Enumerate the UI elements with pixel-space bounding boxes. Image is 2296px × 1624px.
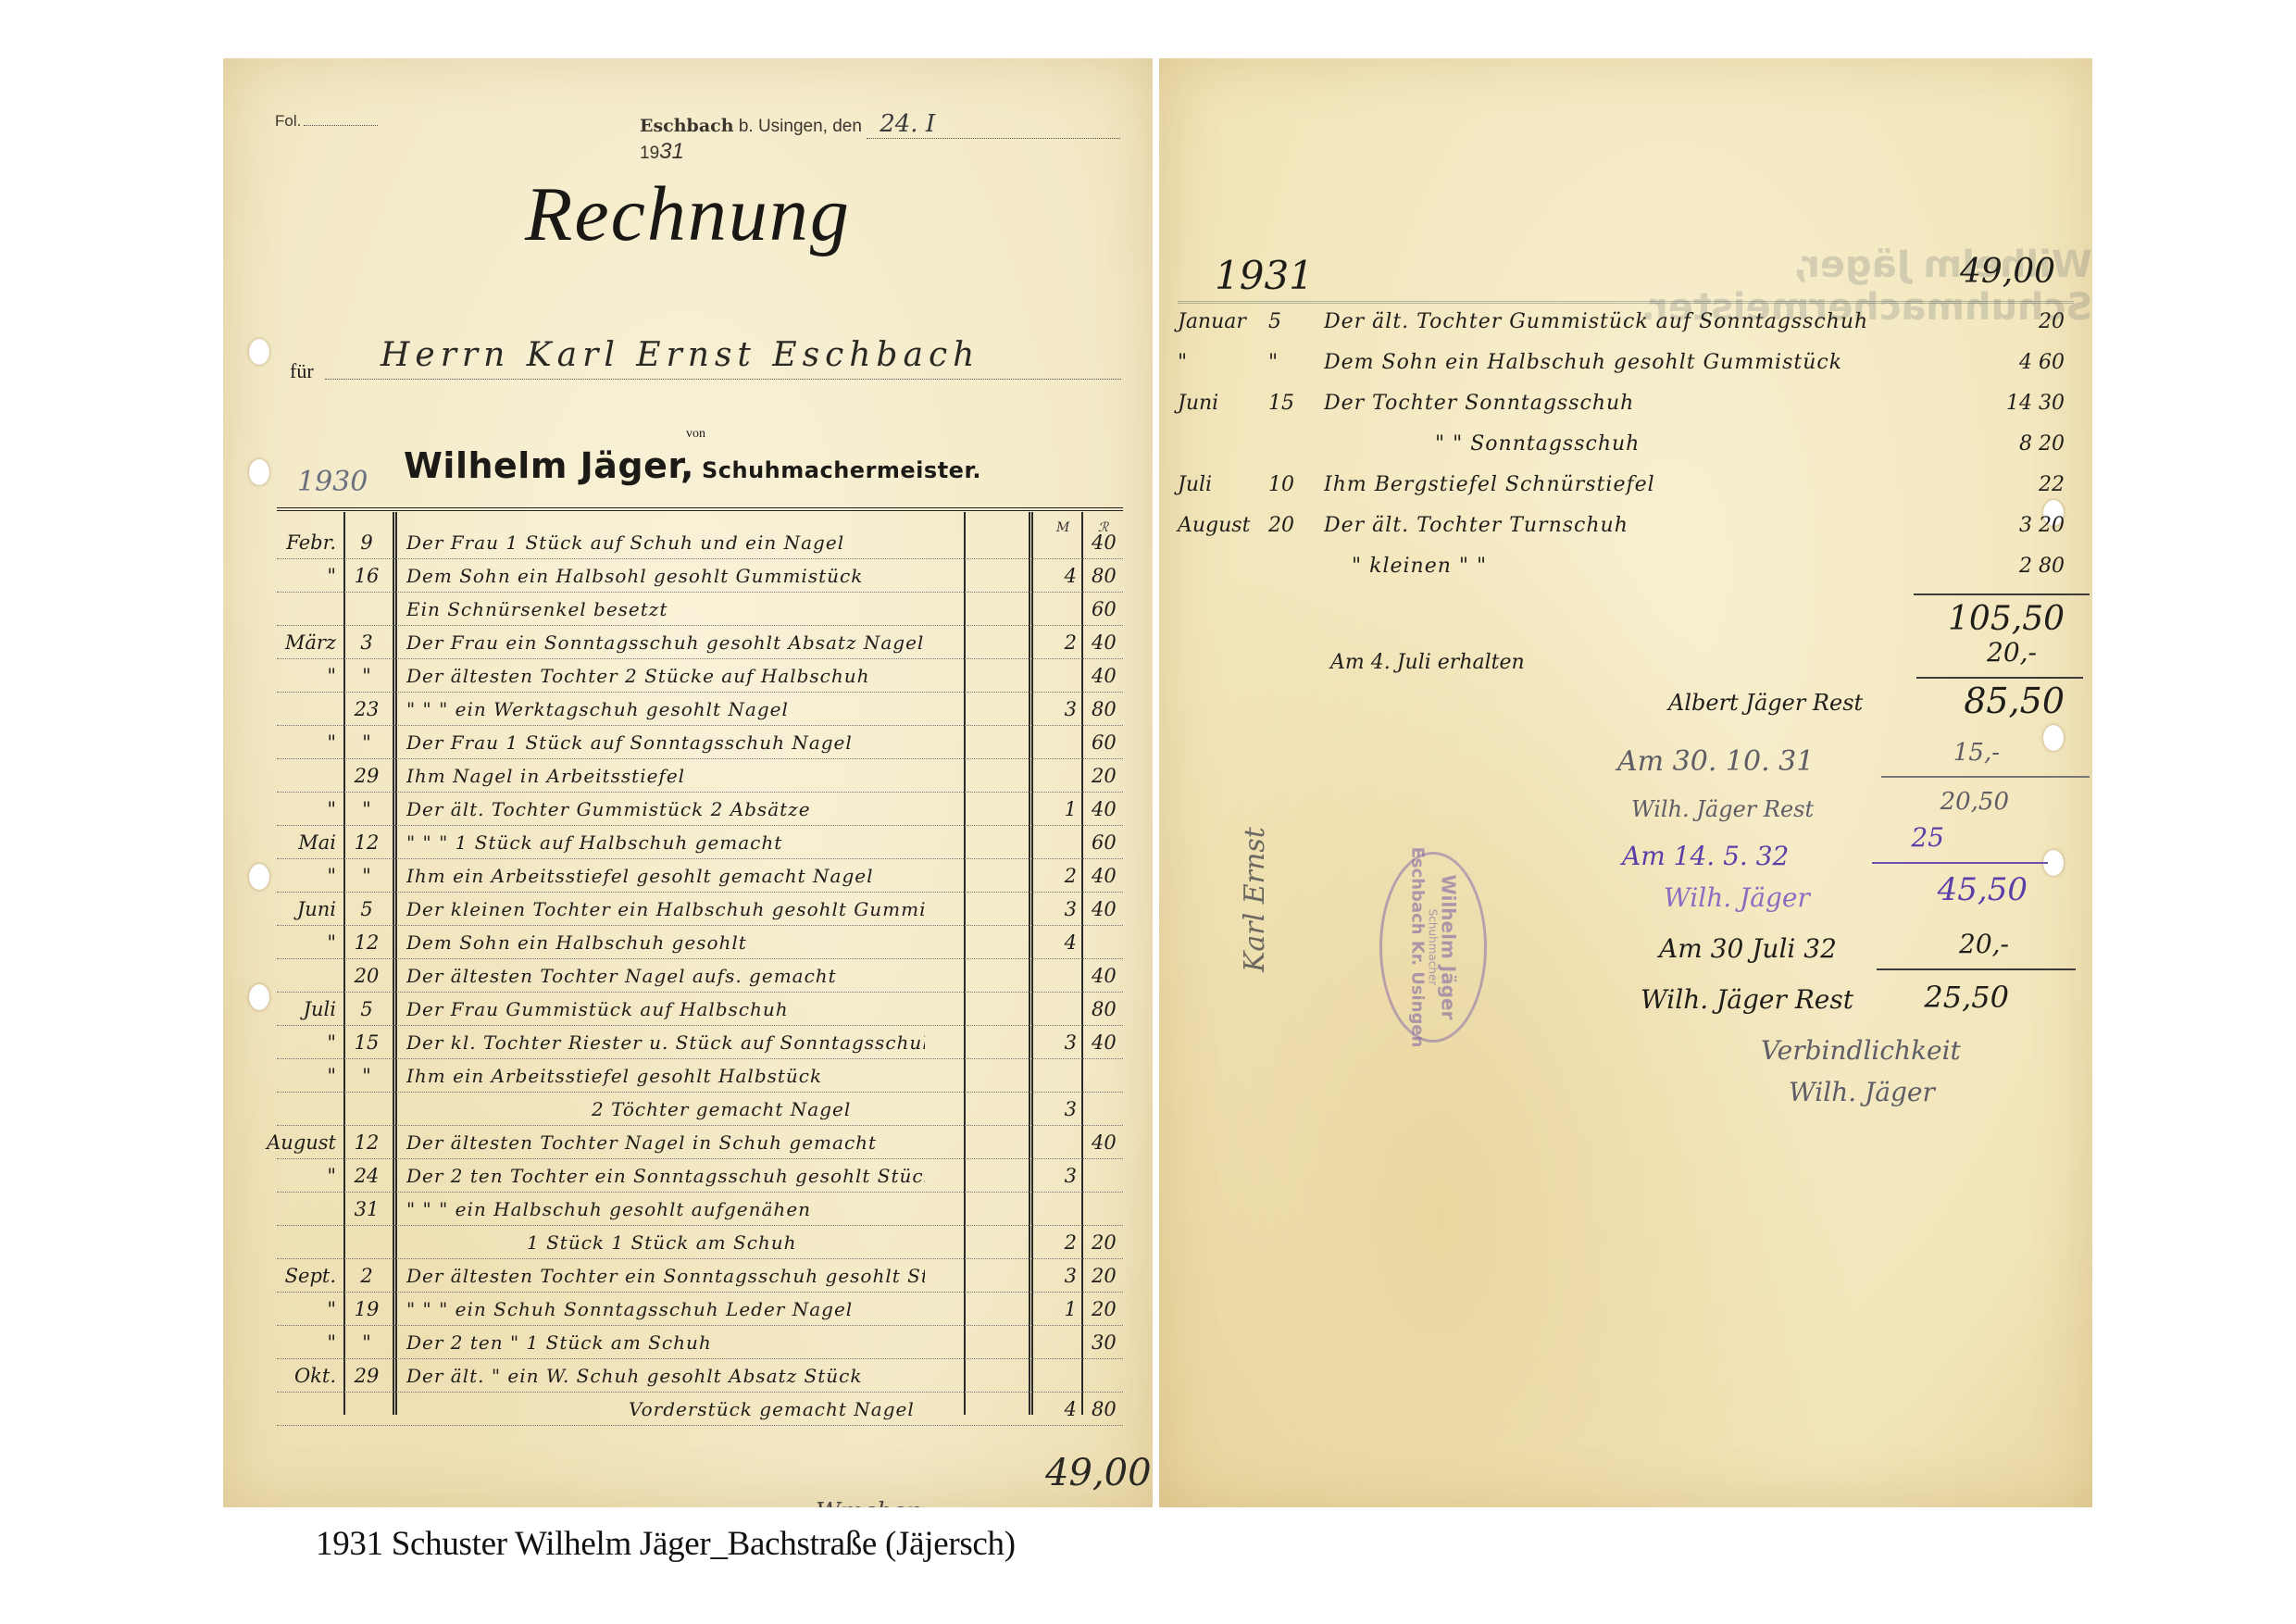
row-description: Der ältesten Tochter ein Sonntagsschuh g… xyxy=(406,1265,925,1287)
row-day: 12 xyxy=(348,931,385,954)
later-entry-amount: 15,- xyxy=(1953,739,2000,767)
row-day: " xyxy=(348,1331,385,1354)
row-mark: 1 xyxy=(1045,798,1077,820)
row-description: Ein Schnürsenkel besetzt xyxy=(406,598,925,620)
ledger-row: Vorderstück gemacht Nagel480 xyxy=(260,1394,1123,1428)
image-caption: 1931 Schuster Wilhelm Jäger_Bachstraße (… xyxy=(316,1524,1016,1564)
firm-trade: Schuhmachermeister. xyxy=(702,457,981,483)
row-month: Mai xyxy=(260,831,336,854)
row-day: 9 xyxy=(348,531,385,554)
row-mark: 4 xyxy=(1045,1398,1077,1420)
invoice-front-page: Fol. Eschbach b. Usingen, den 24. I1931 … xyxy=(223,58,1153,1507)
row-amount: 3 20 xyxy=(1963,514,2065,537)
later-entry-text: Am 30. 10. 31 xyxy=(1617,745,1814,778)
ledger-row: Juni15Der Tochter Sonntagsschuh14 30 xyxy=(1159,392,2092,432)
row-day: 31 xyxy=(348,1198,385,1220)
later-entry-text: Wilh. Jäger Rest xyxy=(1631,796,1814,822)
row-month: " xyxy=(260,665,336,687)
row-description: Ihm ein Arbeitsstiefel gesohlt Halbstück xyxy=(406,1065,925,1087)
row-pfennig: 80 xyxy=(1092,998,1129,1020)
ledger-row: ""Ihm ein Arbeitsstiefel gesohlt gemacht… xyxy=(260,861,1123,894)
ledger-top-rule xyxy=(277,507,1123,514)
row-month: " xyxy=(260,1298,336,1320)
row-amount: 4 60 xyxy=(1963,351,2065,374)
row-mark: 3 xyxy=(1045,898,1077,920)
row-mark: 3 xyxy=(1045,1265,1077,1287)
ledger-row: 20Der ältesten Tochter Nagel aufs. gemac… xyxy=(260,961,1123,994)
row-day: 5 xyxy=(1268,310,1305,333)
recipient-handwritten: Herrn Karl Ernst Eschbach xyxy=(381,336,980,374)
later-entry-text: Wilh. Jäger Rest xyxy=(1641,984,1853,1015)
row-description: " " " ein Halbschuh gesohlt aufgenähen xyxy=(406,1198,925,1220)
later-entry-amount: 25,50 xyxy=(1924,980,2009,1015)
row-pfennig: 60 xyxy=(1092,598,1129,620)
row-day: 5 xyxy=(348,898,385,920)
ledger-row: "16Dem Sohn ein Halbsohl gesohlt Gummist… xyxy=(260,561,1123,594)
row-day: " xyxy=(348,665,385,687)
row-description: Der ältesten Tochter 2 Stücke auf Halbsc… xyxy=(406,665,925,687)
ledger-row: ""Der Frau 1 Stück auf Sonntagsschuh Nag… xyxy=(260,728,1123,761)
row-pfennig: 40 xyxy=(1092,631,1129,654)
row-month: " xyxy=(260,1331,336,1354)
row-pfennig: 40 xyxy=(1092,665,1129,687)
row-description: Der ältesten Tochter Nagel aufs. gemacht xyxy=(406,965,925,987)
receipt-signature: Wmcher xyxy=(816,1498,918,1507)
row-pfennig: 20 xyxy=(1092,1298,1129,1320)
row-description: 2 Töchter gemacht Nagel xyxy=(406,1098,1110,1120)
row-month: August xyxy=(1178,514,1266,537)
row-mark: 1 xyxy=(1045,1298,1077,1320)
folio-label: Fol. xyxy=(275,112,301,130)
ledger-row: 31" " " ein Halbschuh gesohlt aufgenähen xyxy=(260,1194,1123,1228)
punch-hole xyxy=(249,339,269,365)
row-mark: 3 xyxy=(1045,698,1077,720)
row-day: 29 xyxy=(348,1365,385,1387)
row-month: Sept. xyxy=(260,1265,336,1287)
row-description: Der 2 ten " 1 Stück am Schuh xyxy=(406,1331,925,1354)
row-amount: 14 30 xyxy=(1963,392,2065,415)
row-month: " xyxy=(1178,351,1266,374)
row-description: Der 2 ten Tochter ein Sonntagsschuh geso… xyxy=(406,1165,925,1187)
row-description: Der ält. Tochter Gummistück 2 Absätze xyxy=(406,798,925,820)
row-month: " xyxy=(260,565,336,587)
row-description: Der Frau 1 Stück auf Sonntagsschuh Nagel xyxy=(406,731,925,754)
row-pfennig: 60 xyxy=(1092,731,1129,754)
later-entry-amount: 20,50 xyxy=(1940,788,2009,816)
row-day: 3 xyxy=(348,631,385,654)
row-description: " kleinen " " xyxy=(1324,555,1944,578)
firm-heading: Wilhelm Jäger,Schuhmachermeister. xyxy=(404,445,981,486)
row-pfennig: 30 xyxy=(1092,1331,1129,1354)
row-pfennig: 80 xyxy=(1092,698,1129,720)
balance-label: Albert Jäger Rest xyxy=(1668,690,1863,716)
row-pfennig: 40 xyxy=(1092,1031,1129,1054)
row-month: " xyxy=(260,1065,336,1087)
recipient-label: für xyxy=(290,359,314,383)
ledger-row: Ein Schnürsenkel besetzt60 xyxy=(260,594,1123,628)
row-description: 1 Stück 1 Stück am Schuh xyxy=(406,1231,1045,1254)
payment-amount: 20,- xyxy=(1987,637,2037,668)
ledger-row: ""Ihm ein Arbeitsstiefel gesohlt Halbstü… xyxy=(260,1061,1123,1094)
row-description: Dem Sohn ein Halbsohl gesohlt Gummistück xyxy=(406,565,925,587)
row-description: Ihm Nagel in Arbeitsstiefel xyxy=(406,765,925,787)
ledger-row: Okt.29Der ält. " ein W. Schuh gesohlt Ab… xyxy=(260,1361,1123,1394)
row-description: Der ält. Tochter Gummistück auf Sonntags… xyxy=(1324,310,1916,333)
row-description: Der Frau 1 Stück auf Schuh und ein Nagel xyxy=(406,531,925,554)
entry-rule xyxy=(1872,862,2048,864)
punch-hole xyxy=(249,459,269,485)
row-description: Ihm Bergstiefel Schnürstiefel xyxy=(1324,473,1916,496)
row-description: Der kl. Tochter Riester u. Stück auf Son… xyxy=(406,1031,925,1054)
stamp-line1: Wilhelm Jäger xyxy=(1437,875,1459,1020)
row-amount: 20 xyxy=(1963,310,2065,333)
row-day: " xyxy=(348,865,385,887)
invoice-back-page: Wilhelm Jäger, Schuhmachermeister. 1931 … xyxy=(1159,58,2092,1507)
ledger-table: M ℛ Febr.9Der Frau 1 Stück auf Schuh und… xyxy=(260,507,1123,1415)
ledger-row: Febr.9Der Frau 1 Stück auf Schuh und ein… xyxy=(260,528,1123,561)
ledger-row: Juni5Der kleinen Tochter ein Halbschuh g… xyxy=(260,894,1123,928)
carry-over-amount: 49,00 xyxy=(1960,253,2055,291)
row-day: 10 xyxy=(1268,473,1305,496)
payment-note: Am 4. Juli erhalten xyxy=(1330,651,1525,674)
stamp-line3: Eschbach Kr. Usingen xyxy=(1408,847,1427,1048)
row-amount: 22 xyxy=(1963,473,2065,496)
punch-hole xyxy=(2043,725,2064,751)
ledger-row: 2 Töchter gemacht Nagel3 xyxy=(260,1094,1123,1128)
side-signature: Karl Ernst xyxy=(1239,827,1271,972)
row-day: 20 xyxy=(348,965,385,987)
row-day: 29 xyxy=(348,765,385,787)
ledger-row: "19" " " ein Schuh Sonntagsschuh Leder N… xyxy=(260,1294,1123,1328)
ledger-row: August12Der ältesten Tochter Nagel in Sc… xyxy=(260,1128,1123,1161)
ledger-row: 23" " " ein Werktagschuh gesohlt Nagel38… xyxy=(260,694,1123,728)
place-name: Eschbach xyxy=(640,116,734,136)
row-mark: 4 xyxy=(1045,931,1077,954)
row-pfennig: 80 xyxy=(1092,565,1129,587)
stamp-text: Wilhelm Jäger Schuhmacher Eschbach Kr. U… xyxy=(1408,847,1459,1048)
row-mark: 2 xyxy=(1045,865,1077,887)
row-pfennig: 40 xyxy=(1092,798,1129,820)
row-pfennig: 40 xyxy=(1092,1131,1129,1154)
row-day: 5 xyxy=(348,998,385,1020)
ledger-row: März3Der Frau ein Sonntagsschuh gesohlt … xyxy=(260,628,1123,661)
row-description: Der Frau ein Sonntagsschuh gesohlt Absat… xyxy=(406,631,925,654)
row-description: " " " 1 Stück auf Halbschuh gemacht xyxy=(406,831,925,854)
ledger-row: Mai12" " " 1 Stück auf Halbschuh gemacht… xyxy=(260,828,1123,861)
row-amount: 8 20 xyxy=(1963,432,2065,456)
row-day: " xyxy=(348,731,385,754)
ledger-row: ""Der ältesten Tochter 2 Stücke auf Halb… xyxy=(260,661,1123,694)
row-month: März xyxy=(260,631,336,654)
row-month: " xyxy=(260,1165,336,1187)
row-pfennig: 20 xyxy=(1092,765,1129,787)
row-pfennig: 40 xyxy=(1092,531,1129,554)
row-day: 23 xyxy=(348,698,385,720)
row-day: " xyxy=(348,798,385,820)
row-month: " xyxy=(260,798,336,820)
row-pfennig: 80 xyxy=(1092,1398,1129,1420)
row-day: 19 xyxy=(348,1298,385,1320)
row-description: " " " ein Werktagschuh gesohlt Nagel xyxy=(406,698,925,720)
row-description: Der ält. Tochter Turnschuh xyxy=(1324,514,1916,537)
ledger-row: "12Dem Sohn ein Halbschuh gesohlt4 xyxy=(260,928,1123,961)
ledger-row: 1 Stück 1 Stück am Schuh220 xyxy=(260,1228,1123,1261)
subtotal-amount: 105,50 xyxy=(1948,600,2065,638)
row-month: Juli xyxy=(1178,473,1266,496)
ledger-row: " kleinen " "2 80 xyxy=(1159,555,2092,595)
later-entry-text: Wilh. Jäger xyxy=(1664,882,1810,913)
ledger-row: ""Der 2 ten " 1 Stück am Schuh30 xyxy=(260,1328,1123,1361)
row-day: 15 xyxy=(348,1031,385,1054)
closing-signature: Wilh. Jäger xyxy=(1789,1077,1935,1107)
row-month: Febr. xyxy=(260,531,336,554)
ledger-top-rule xyxy=(1178,301,2074,304)
row-month: " xyxy=(260,865,336,887)
row-mark: 3 xyxy=(1045,1098,1077,1120)
balance-amount: 85,50 xyxy=(1964,681,2065,721)
later-entry-text: Am 30 Juli 32 xyxy=(1659,933,1837,964)
row-pfennig: 40 xyxy=(1092,865,1129,887)
row-description: Dem Sohn ein Halbschuh gesohlt Gummistüc… xyxy=(1324,351,1916,374)
place-date-line: Eschbach b. Usingen, den 24. I1931 xyxy=(640,110,1153,165)
row-month: August xyxy=(260,1131,336,1154)
entry-rule xyxy=(1881,776,2090,778)
folio-line xyxy=(304,125,378,126)
row-month: Okt. xyxy=(260,1365,336,1387)
ledger-row: 29Ihm Nagel in Arbeitsstiefel20 xyxy=(260,761,1123,794)
row-description: " " Sonntagsschuh xyxy=(1324,432,2028,456)
place-rest: b. Usingen, den xyxy=(734,117,862,136)
later-entry-text: Am 14. 5. 32 xyxy=(1622,841,1789,871)
date-handwritten: 24. I xyxy=(867,110,1120,139)
invoice-total: 49,00 xyxy=(1045,1452,1152,1494)
row-amount: 2 80 xyxy=(1963,555,2065,578)
row-day: 2 xyxy=(348,1265,385,1287)
ledger-row: August20Der ält. Tochter Turnschuh3 20 xyxy=(1159,514,2092,555)
row-day: 20 xyxy=(1268,514,1305,537)
ledger-row: ""Dem Sohn ein Halbschuh gesohlt Gummist… xyxy=(1159,351,2092,392)
ledger-row: Sept.2Der ältesten Tochter ein Sonntagss… xyxy=(260,1261,1123,1294)
row-pfennig: 60 xyxy=(1092,831,1129,854)
row-day: " xyxy=(348,1065,385,1087)
row-description: Ihm ein Arbeitsstiefel gesohlt gemacht N… xyxy=(406,865,925,887)
row-pfennig: 20 xyxy=(1092,1265,1129,1287)
ledger-row: " " Sonntagsschuh8 20 xyxy=(1159,432,2092,473)
row-day: 15 xyxy=(1268,392,1305,415)
row-description: Der Tochter Sonntagsschuh xyxy=(1324,392,1916,415)
row-description: Vorderstück gemacht Nagel xyxy=(406,1398,1147,1420)
document-title: Rechnung xyxy=(223,169,1153,259)
row-description: Der ältesten Tochter Nagel in Schuh gema… xyxy=(406,1131,925,1154)
year-handwritten: 1931 xyxy=(1215,253,1314,298)
firm-name: Wilhelm Jäger, xyxy=(404,445,694,486)
ledger-row: Januar5Der ält. Tochter Gummistück auf S… xyxy=(1159,310,2092,351)
row-day: 16 xyxy=(348,565,385,587)
row-pfennig: 20 xyxy=(1092,1231,1129,1254)
later-entry-amount: 25 xyxy=(1911,822,1944,853)
row-mark: 3 xyxy=(1045,1031,1077,1054)
ledger-row: ""Der ält. Tochter Gummistück 2 Absätze1… xyxy=(260,794,1123,828)
later-entry-amount: 45,50 xyxy=(1938,871,2028,908)
ledger-row: "24Der 2 ten Tochter ein Sonntagsschuh g… xyxy=(260,1161,1123,1194)
from-label: von xyxy=(686,427,705,442)
row-month: Januar xyxy=(1178,310,1266,333)
row-description: Der Frau Gummistück auf Halbschuh xyxy=(406,998,925,1020)
row-mark: 2 xyxy=(1045,631,1077,654)
entry-rule xyxy=(1877,968,2076,970)
row-mark: 2 xyxy=(1045,1231,1077,1254)
row-month: " xyxy=(260,1031,336,1054)
row-month: Juni xyxy=(1178,392,1266,415)
row-description: " " " ein Schuh Sonntagsschuh Leder Nage… xyxy=(406,1298,925,1320)
ledger-row: Juli5Der Frau Gummistück auf Halbschuh80 xyxy=(260,994,1123,1028)
row-mark: 4 xyxy=(1045,565,1077,587)
row-month: Juli xyxy=(260,998,336,1020)
balance-rule xyxy=(1916,677,2083,679)
row-month: " xyxy=(260,931,336,954)
row-month: " xyxy=(260,731,336,754)
closing-note: Verbindlichkeit xyxy=(1761,1035,1961,1066)
row-day: 12 xyxy=(348,1131,385,1154)
year-printed: 19 xyxy=(640,144,659,163)
row-day: 24 xyxy=(348,1165,385,1187)
row-day: 12 xyxy=(348,831,385,854)
ledger-row: "15Der kl. Tochter Riester u. Stück auf … xyxy=(260,1028,1123,1061)
year-handwritten: 31 xyxy=(659,139,684,164)
subtotal-rule xyxy=(1914,593,2090,595)
row-day: " xyxy=(1268,351,1305,374)
row-description: Dem Sohn ein Halbschuh gesohlt xyxy=(406,931,925,954)
recipient-line xyxy=(325,379,1121,380)
row-mark: 3 xyxy=(1045,1165,1077,1187)
row-pfennig: 40 xyxy=(1092,898,1129,920)
row-description: Der kleinen Tochter ein Halbschuh gesohl… xyxy=(406,898,925,920)
row-month: Juni xyxy=(260,898,336,920)
ledger-row: Juli10Ihm Bergstiefel Schnürstiefel22 xyxy=(1159,473,2092,514)
row-description: Der ält. " ein W. Schuh gesohlt Absatz S… xyxy=(406,1365,925,1387)
later-entry-amount: 20,- xyxy=(1959,929,2009,959)
company-stamp: Wilhelm Jäger Schuhmacher Eschbach Kr. U… xyxy=(1379,852,1487,1043)
row-pfennig: 40 xyxy=(1092,965,1129,987)
folio-field: Fol. xyxy=(275,112,378,131)
year-pencil-note: 1930 xyxy=(297,466,368,498)
